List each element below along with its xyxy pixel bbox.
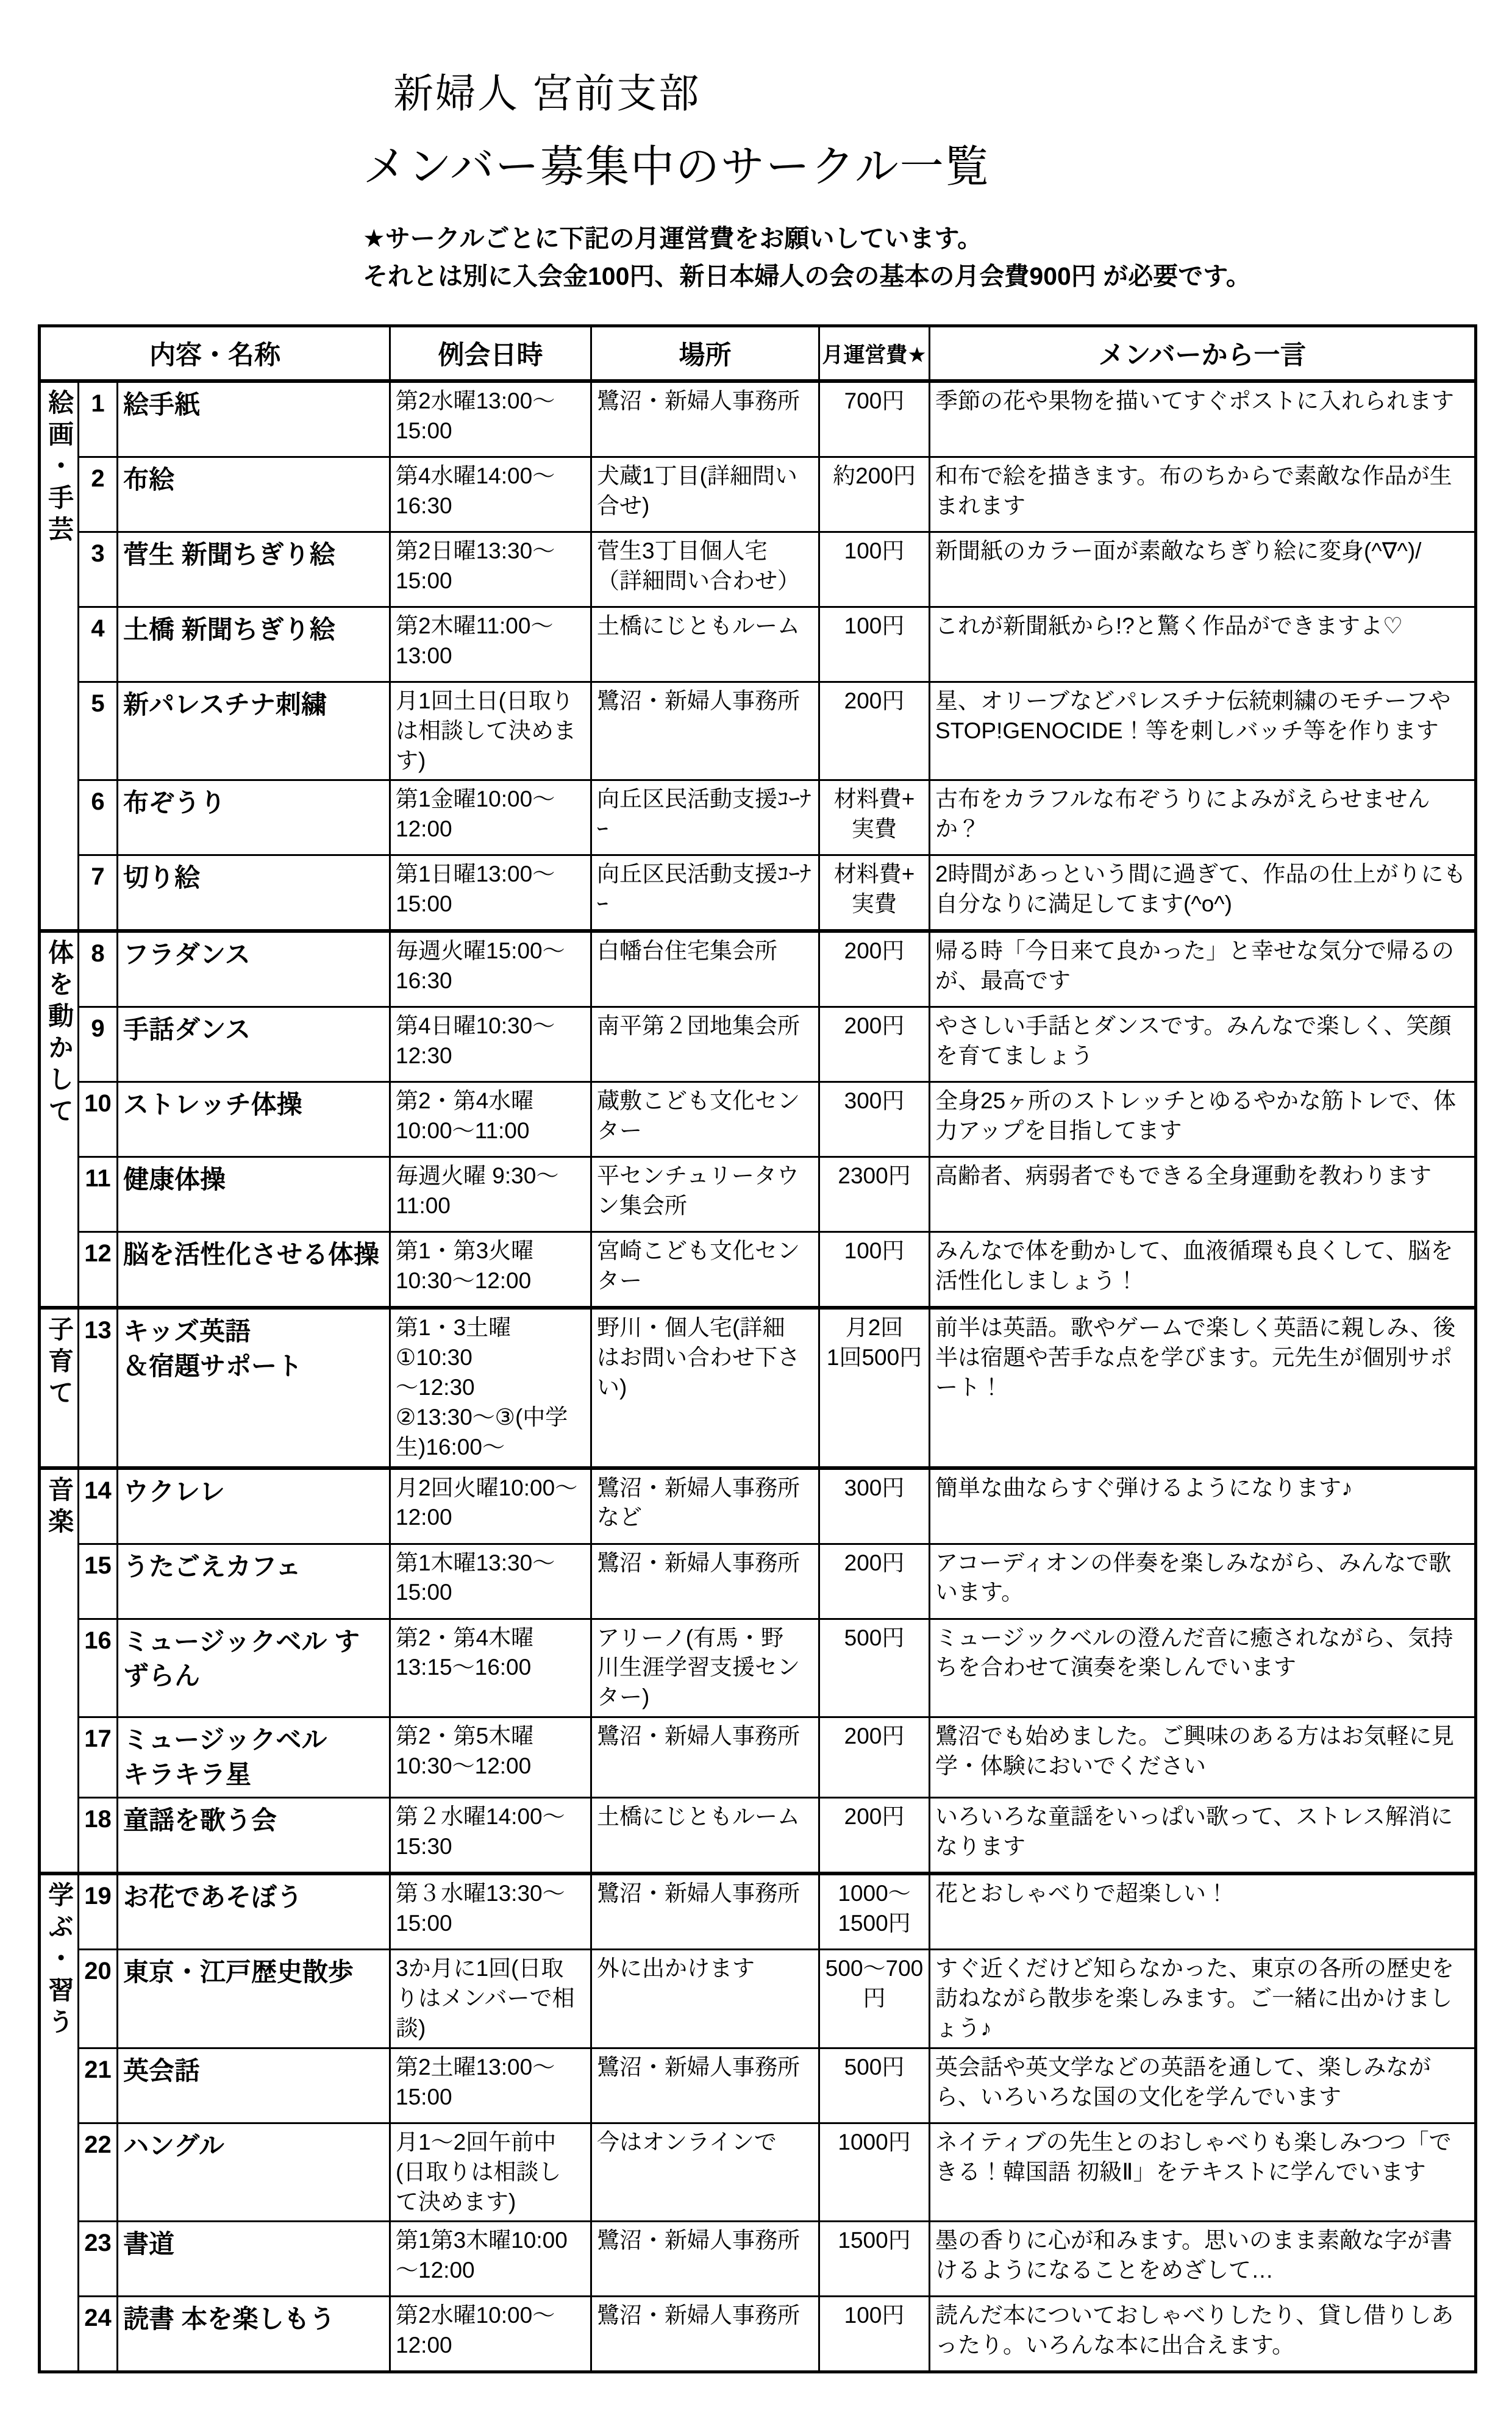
fee-cell: 200円 <box>819 931 930 1007</box>
fee-cell: 100円 <box>819 607 930 682</box>
sched-cell: 第2・第4水曜 10:00〜11:00 <box>390 1082 591 1157</box>
sched-cell: 3か月に1回(日取 りはメンバーで相 談) <box>390 1950 591 2048</box>
page-subtitle: メンバー募集中のサークル一覧 <box>363 131 1475 194</box>
category-cell: 子育て <box>40 1308 79 1467</box>
no-cell: 23 <box>79 2222 118 2297</box>
comment-cell: 高齢者、病弱者でもできる全身運動を教わります <box>930 1157 1476 1232</box>
table-row: 7切り絵第1日曜13:00〜 15:00向丘区民活動支援ｺｰﾅｰ材料費+ 実費2… <box>40 855 1476 932</box>
sched-cell: 第4日曜10:30〜 12:30 <box>390 1007 591 1082</box>
name-cell: ミュージックベル すずらん <box>118 1619 390 1717</box>
comment-cell: アコーディオンの伴奏を楽しみながら、みんなで歌います。 <box>930 1544 1476 1619</box>
name-cell: ウクレレ <box>118 1468 390 1544</box>
column-header: 月運営費★ <box>819 326 930 382</box>
name-cell: ハングル <box>118 2123 390 2221</box>
comment-cell: 簡単な曲ならすぐ弾けるようになります♪ <box>930 1468 1476 1544</box>
place-cell: 蔵敷こども文化センター <box>591 1082 819 1157</box>
comment-cell: 季節の花や果物を描いてすぐポストに入れられます <box>930 381 1476 457</box>
comment-cell: ネイティブの先生とのおしゃべりも楽しみつつ「できる！韓国語 初級Ⅱ」をテキストに… <box>930 2123 1476 2221</box>
table-row: 23書道第1第3木曜10:00 〜12:00鷺沼・新婦人事務所1500円墨の香り… <box>40 2222 1476 2297</box>
name-cell: 菅生 新聞ちぎり絵 <box>118 532 390 607</box>
place-cell: 鷺沼・新婦人事務所など <box>591 1468 819 1544</box>
sched-cell: 第2水曜13:00〜 15:00 <box>390 381 591 457</box>
fee-cell: 2300円 <box>819 1157 930 1232</box>
column-header: 場所 <box>591 326 819 382</box>
sched-cell: 月2回火曜10:00〜 12:00 <box>390 1468 591 1544</box>
page-title: 新婦人 宮前支部 <box>393 61 1475 119</box>
comment-cell: やさしい手話とダンスです。みんなで楽しく、笑顔を育てましょう <box>930 1007 1476 1082</box>
place-cell: 鷺沼・新婦人事務所 <box>591 2048 819 2123</box>
no-cell: 24 <box>79 2297 118 2372</box>
name-cell: 読書 本を楽しもう <box>118 2297 390 2372</box>
place-cell: アリーノ(有馬・野 川生涯学習支援セン ター) <box>591 1619 819 1717</box>
sched-cell: 毎週火曜15:00〜 16:30 <box>390 931 591 1007</box>
name-cell: 手話ダンス <box>118 1007 390 1082</box>
place-cell: 鷺沼・新婦人事務所 <box>591 1873 819 1950</box>
header-block: 新婦人 宮前支部 メンバー募集中のサークル一覧 ★サークルごとに下記の月運営費を… <box>0 0 1512 295</box>
table-row: 4土橋 新聞ちぎり絵第2木曜11:00〜 13:00土橋にじともルーム100円こ… <box>40 607 1476 682</box>
no-cell: 16 <box>79 1619 118 1717</box>
place-cell: 鷺沼・新婦人事務所 <box>591 682 819 780</box>
sched-cell: 第2土曜13:00〜 15:00 <box>390 2048 591 2123</box>
sched-cell: 第1・第3火曜 10:30〜12:00 <box>390 1232 591 1308</box>
sched-cell: 第2日曜13:30〜 15:00 <box>390 532 591 607</box>
fee-cell: 1000〜 1500円 <box>819 1873 930 1950</box>
comment-cell: 花とおしゃべりで超楽しい！ <box>930 1873 1476 1950</box>
sched-cell: 第4水曜14:00〜 16:30 <box>390 457 591 532</box>
comment-cell: 英会話や英文学などの英語を通して、楽しみながら、いろいろな国の文化を学んでいます <box>930 2048 1476 2123</box>
fee-note-line1: ★サークルごとに下記の月運営費をお願いしています。 <box>363 220 1475 258</box>
category-label: 体を動かして <box>45 939 73 1129</box>
place-cell: 菅生3丁目個人宅 （詳細問い合わせ） <box>591 532 819 607</box>
table-row: 17ミュージックベル キラキラ星第2・第5木曜 10:30〜12:00鷺沼・新婦… <box>40 1717 1476 1798</box>
comment-cell: 鷺沼でも始めました。ご興味のある方はお気軽に見学・体験においでください <box>930 1717 1476 1798</box>
no-cell: 14 <box>79 1468 118 1544</box>
category-cell: 体を動かして <box>40 931 79 1308</box>
table-row: 10ストレッチ体操第2・第4水曜 10:00〜11:00蔵敷こども文化センター3… <box>40 1082 1476 1157</box>
place-cell: 南平第２団地集会所 <box>591 1007 819 1082</box>
sched-cell: 月1〜2回午前中 (日取りは相談し て決めます) <box>390 2123 591 2221</box>
table-row: 音楽14ウクレレ月2回火曜10:00〜 12:00鷺沼・新婦人事務所など300円… <box>40 1468 1476 1544</box>
sched-cell: 第1木曜13:30〜 15:00 <box>390 1544 591 1619</box>
name-cell: 英会話 <box>118 2048 390 2123</box>
name-cell: 書道 <box>118 2222 390 2297</box>
name-cell: 脳を活性化させる体操 <box>118 1232 390 1308</box>
no-cell: 17 <box>79 1717 118 1798</box>
place-cell: 鷺沼・新婦人事務所 <box>591 1544 819 1619</box>
circle-table: 内容・名称例会日時場所月運営費★メンバーから一言 絵画・手芸1絵手紙第2水曜13… <box>38 324 1477 2373</box>
comment-cell: 墨の香りに心が和みます。思いのまま素敵な字が書けるようになることをめざして… <box>930 2222 1476 2297</box>
no-cell: 4 <box>79 607 118 682</box>
no-cell: 13 <box>79 1308 118 1467</box>
table-row: 24読書 本を楽しもう第2水曜10:00〜 12:00鷺沼・新婦人事務所100円… <box>40 2297 1476 2372</box>
place-cell: 土橋にじともルーム <box>591 607 819 682</box>
fee-cell: 約200円 <box>819 457 930 532</box>
fee-cell: 500円 <box>819 1619 930 1717</box>
place-cell: 鷺沼・新婦人事務所 <box>591 2297 819 2372</box>
comment-cell: 古布をカラフルな布ぞうりによみがえらせませんか？ <box>930 780 1476 855</box>
comment-cell: すぐ近くだけど知らなかった、東京の各所の歴史を訪ねながら散歩を楽しみます。ご一緒… <box>930 1950 1476 2048</box>
comment-cell: 2時間があっという間に過ぎて、作品の仕上がりにも自分なりに満足してます(^o^) <box>930 855 1476 932</box>
no-cell: 20 <box>79 1950 118 2048</box>
column-header: メンバーから一言 <box>930 326 1476 382</box>
comment-cell: いろいろな童謡をいっぱい歌って、ストレス解消になります <box>930 1798 1476 1874</box>
name-cell: 東京・江戸歴史散歩 <box>118 1950 390 2048</box>
table-row: 18童謡を歌う会第２水曜14:00〜 15:30土橋にじともルーム200円いろい… <box>40 1798 1476 1874</box>
no-cell: 6 <box>79 780 118 855</box>
fee-notes: ★サークルごとに下記の月運営費をお願いしています。 それとは別に入会金100円、… <box>363 220 1475 295</box>
place-cell: 外に出かけます <box>591 1950 819 2048</box>
fee-cell: 200円 <box>819 1544 930 1619</box>
table-row: 学ぶ・習う19お花であそぼう第３水曜13:30〜 15:00鷺沼・新婦人事務所1… <box>40 1873 1476 1950</box>
fee-cell: 材料費+ 実費 <box>819 780 930 855</box>
category-label: 音楽 <box>45 1476 73 1539</box>
circle-table-header: 内容・名称例会日時場所月運営費★メンバーから一言 <box>40 326 1476 382</box>
column-header: 例会日時 <box>390 326 591 382</box>
sched-cell: 第2・第4木曜 13:15〜16:00 <box>390 1619 591 1717</box>
comment-cell: 前半は英語。歌やゲームで楽しく英語に親しみ、後半は宿題や苦手な点を学びます。元先… <box>930 1308 1476 1467</box>
fee-cell: 100円 <box>819 1232 930 1308</box>
name-cell: お花であそぼう <box>118 1873 390 1950</box>
fee-cell: 200円 <box>819 1007 930 1082</box>
sched-cell: 第1・3土曜①10:30 〜12:30 ②13:30〜③(中学生)16:00〜 <box>390 1308 591 1467</box>
no-cell: 10 <box>79 1082 118 1157</box>
fee-cell: 300円 <box>819 1082 930 1157</box>
category-cell: 絵画・手芸 <box>40 381 79 931</box>
fee-cell: 200円 <box>819 1798 930 1874</box>
table-row: 15うたごえカフェ第1木曜13:30〜 15:00鷺沼・新婦人事務所200円アコ… <box>40 1544 1476 1619</box>
document-page: { "header": { "title": "新婦人 宮前支部", "subt… <box>0 0 1512 2373</box>
category-label: 絵画・手芸 <box>45 389 73 547</box>
sched-cell: 第1日曜13:00〜 15:00 <box>390 855 591 932</box>
fee-cell: 1500円 <box>819 2222 930 2297</box>
place-cell: 鷺沼・新婦人事務所 <box>591 2222 819 2297</box>
no-cell: 21 <box>79 2048 118 2123</box>
place-cell: 白幡台住宅集会所 <box>591 931 819 1007</box>
no-cell: 12 <box>79 1232 118 1308</box>
table-row: 絵画・手芸1絵手紙第2水曜13:00〜 15:00鷺沼・新婦人事務所700円季節… <box>40 381 1476 457</box>
name-cell: キッズ英語 ＆宿題サポート <box>118 1308 390 1467</box>
table-row: 22ハングル月1〜2回午前中 (日取りは相談し て決めます)今はオンラインで10… <box>40 2123 1476 2221</box>
table-row: 体を動かして8フラダンス毎週火曜15:00〜 16:30白幡台住宅集会所200円… <box>40 931 1476 1007</box>
fee-cell: 500〜700 円 <box>819 1950 930 2048</box>
fee-cell: 100円 <box>819 2297 930 2372</box>
no-cell: 2 <box>79 457 118 532</box>
name-cell: 絵手紙 <box>118 381 390 457</box>
place-cell: 今はオンラインで <box>591 2123 819 2221</box>
no-cell: 15 <box>79 1544 118 1619</box>
place-cell: 宮崎こども文化セン ター <box>591 1232 819 1308</box>
place-cell: 野川・個人宅(詳細 はお問い合わせ下さ い) <box>591 1308 819 1467</box>
category-cell: 音楽 <box>40 1468 79 1874</box>
place-cell: 土橋にじともルーム <box>591 1798 819 1874</box>
fee-cell: 200円 <box>819 682 930 780</box>
table-row: 20東京・江戸歴史散歩3か月に1回(日取 りはメンバーで相 談)外に出かけます5… <box>40 1950 1476 2048</box>
name-cell: フラダンス <box>118 931 390 1007</box>
header-row: 内容・名称例会日時場所月運営費★メンバーから一言 <box>40 326 1476 382</box>
place-cell: 鷺沼・新婦人事務所 <box>591 1717 819 1798</box>
table-row: 6布ぞうり第1金曜10:00〜 12:00向丘区民活動支援ｺｰﾅｰ材料費+ 実費… <box>40 780 1476 855</box>
name-cell: ミュージックベル キラキラ星 <box>118 1717 390 1798</box>
name-cell: 新パレスチナ刺繍 <box>118 682 390 780</box>
name-cell: 布絵 <box>118 457 390 532</box>
name-cell: うたごえカフェ <box>118 1544 390 1619</box>
no-cell: 19 <box>79 1873 118 1950</box>
column-header: 内容・名称 <box>40 326 390 382</box>
fee-cell: 100円 <box>819 532 930 607</box>
table-row: 9手話ダンス第4日曜10:30〜 12:30南平第２団地集会所200円やさしい手… <box>40 1007 1476 1082</box>
sched-cell: 第1第3木曜10:00 〜12:00 <box>390 2222 591 2297</box>
name-cell: 切り絵 <box>118 855 390 932</box>
table-row: 16ミュージックベル すずらん第2・第4木曜 13:15〜16:00アリーノ(有… <box>40 1619 1476 1717</box>
no-cell: 11 <box>79 1157 118 1232</box>
fee-note-line2: それとは別に入会金100円、新日本婦人の会の基本の月会費900円 が必要です。 <box>363 258 1475 296</box>
sched-cell: 第２水曜14:00〜 15:30 <box>390 1798 591 1874</box>
comment-cell: ミュージックベルの澄んだ音に癒されながら、気持ちを合わせて演奏を楽しんでいます <box>930 1619 1476 1717</box>
category-label: 子育て <box>45 1316 73 1411</box>
no-cell: 7 <box>79 855 118 932</box>
comment-cell: 和布で絵を描きます。布のちからで素敵な作品が生まれます <box>930 457 1476 532</box>
table-row: 2布絵第4水曜14:00〜 16:30犬蔵1丁目(詳細問い 合せ)約200円和布… <box>40 457 1476 532</box>
name-cell: 布ぞうり <box>118 780 390 855</box>
category-label: 学ぶ・習う <box>45 1881 73 2040</box>
no-cell: 3 <box>79 532 118 607</box>
place-cell: 犬蔵1丁目(詳細問い 合せ) <box>591 457 819 532</box>
no-cell: 5 <box>79 682 118 780</box>
name-cell: 童謡を歌う会 <box>118 1798 390 1874</box>
sched-cell: 第1金曜10:00〜 12:00 <box>390 780 591 855</box>
sched-cell: 第３水曜13:30〜 15:00 <box>390 1873 591 1950</box>
category-cell: 学ぶ・習う <box>40 1873 79 2372</box>
table-row: 12脳を活性化させる体操第1・第3火曜 10:30〜12:00宮崎こども文化セン… <box>40 1232 1476 1308</box>
table-row: 3菅生 新聞ちぎり絵第2日曜13:30〜 15:00菅生3丁目個人宅 （詳細問い… <box>40 532 1476 607</box>
table-row: 5新パレスチナ刺繍月1回土日(日取り は相談して決めま す)鷺沼・新婦人事務所2… <box>40 682 1476 780</box>
no-cell: 1 <box>79 381 118 457</box>
fee-cell: 700円 <box>819 381 930 457</box>
table-row: 11健康体操毎週火曜 9:30〜 11:00平センチュリータウ ン集会所2300… <box>40 1157 1476 1232</box>
sched-cell: 第2水曜10:00〜 12:00 <box>390 2297 591 2372</box>
place-cell: 鷺沼・新婦人事務所 <box>591 381 819 457</box>
sched-cell: 月1回土日(日取り は相談して決めま す) <box>390 682 591 780</box>
comment-cell: これが新聞紙から!?と驚く作品ができますよ♡ <box>930 607 1476 682</box>
no-cell: 18 <box>79 1798 118 1874</box>
name-cell: 健康体操 <box>118 1157 390 1232</box>
table-row: 子育て13キッズ英語 ＆宿題サポート第1・3土曜①10:30 〜12:30 ②1… <box>40 1308 1476 1467</box>
comment-cell: 全身25ヶ所のストレッチとゆるやかな筋トレで、体力アップを目指してます <box>930 1082 1476 1157</box>
sched-cell: 毎週火曜 9:30〜 11:00 <box>390 1157 591 1232</box>
circle-table-body: 絵画・手芸1絵手紙第2水曜13:00〜 15:00鷺沼・新婦人事務所700円季節… <box>40 381 1476 2372</box>
sched-cell: 第2・第5木曜 10:30〜12:00 <box>390 1717 591 1798</box>
place-cell: 平センチュリータウ ン集会所 <box>591 1157 819 1232</box>
place-cell: 向丘区民活動支援ｺｰﾅｰ <box>591 780 819 855</box>
comment-cell: みんなで体を動かして、血液循環も良くして、脳を活性化しましょう！ <box>930 1232 1476 1308</box>
place-cell: 向丘区民活動支援ｺｰﾅｰ <box>591 855 819 932</box>
comment-cell: 帰る時「今日来て良かった」と幸せな気分で帰るのが、最高です <box>930 931 1476 1007</box>
comment-cell: 読んだ本についておしゃべりしたり、貸し借りしあったり。いろんな本に出合えます。 <box>930 2297 1476 2372</box>
table-row: 21英会話第2土曜13:00〜 15:00鷺沼・新婦人事務所500円英会話や英文… <box>40 2048 1476 2123</box>
no-cell: 9 <box>79 1007 118 1082</box>
name-cell: 土橋 新聞ちぎり絵 <box>118 607 390 682</box>
fee-cell: 1000円 <box>819 2123 930 2221</box>
fee-cell: 材料費+ 実費 <box>819 855 930 932</box>
fee-cell: 200円 <box>819 1717 930 1798</box>
comment-cell: 新聞紙のカラー面が素敵なちぎり絵に変身(^∇^)/ <box>930 532 1476 607</box>
no-cell: 22 <box>79 2123 118 2221</box>
comment-cell: 星、オリーブなどパレスチナ伝統刺繍のモチーフやSTOP!GENOCIDE！等を刺… <box>930 682 1476 780</box>
fee-cell: 500円 <box>819 2048 930 2123</box>
fee-cell: 月2回 1回500円 <box>819 1308 930 1467</box>
sched-cell: 第2木曜11:00〜 13:00 <box>390 607 591 682</box>
fee-cell: 300円 <box>819 1468 930 1544</box>
no-cell: 8 <box>79 931 118 1007</box>
name-cell: ストレッチ体操 <box>118 1082 390 1157</box>
